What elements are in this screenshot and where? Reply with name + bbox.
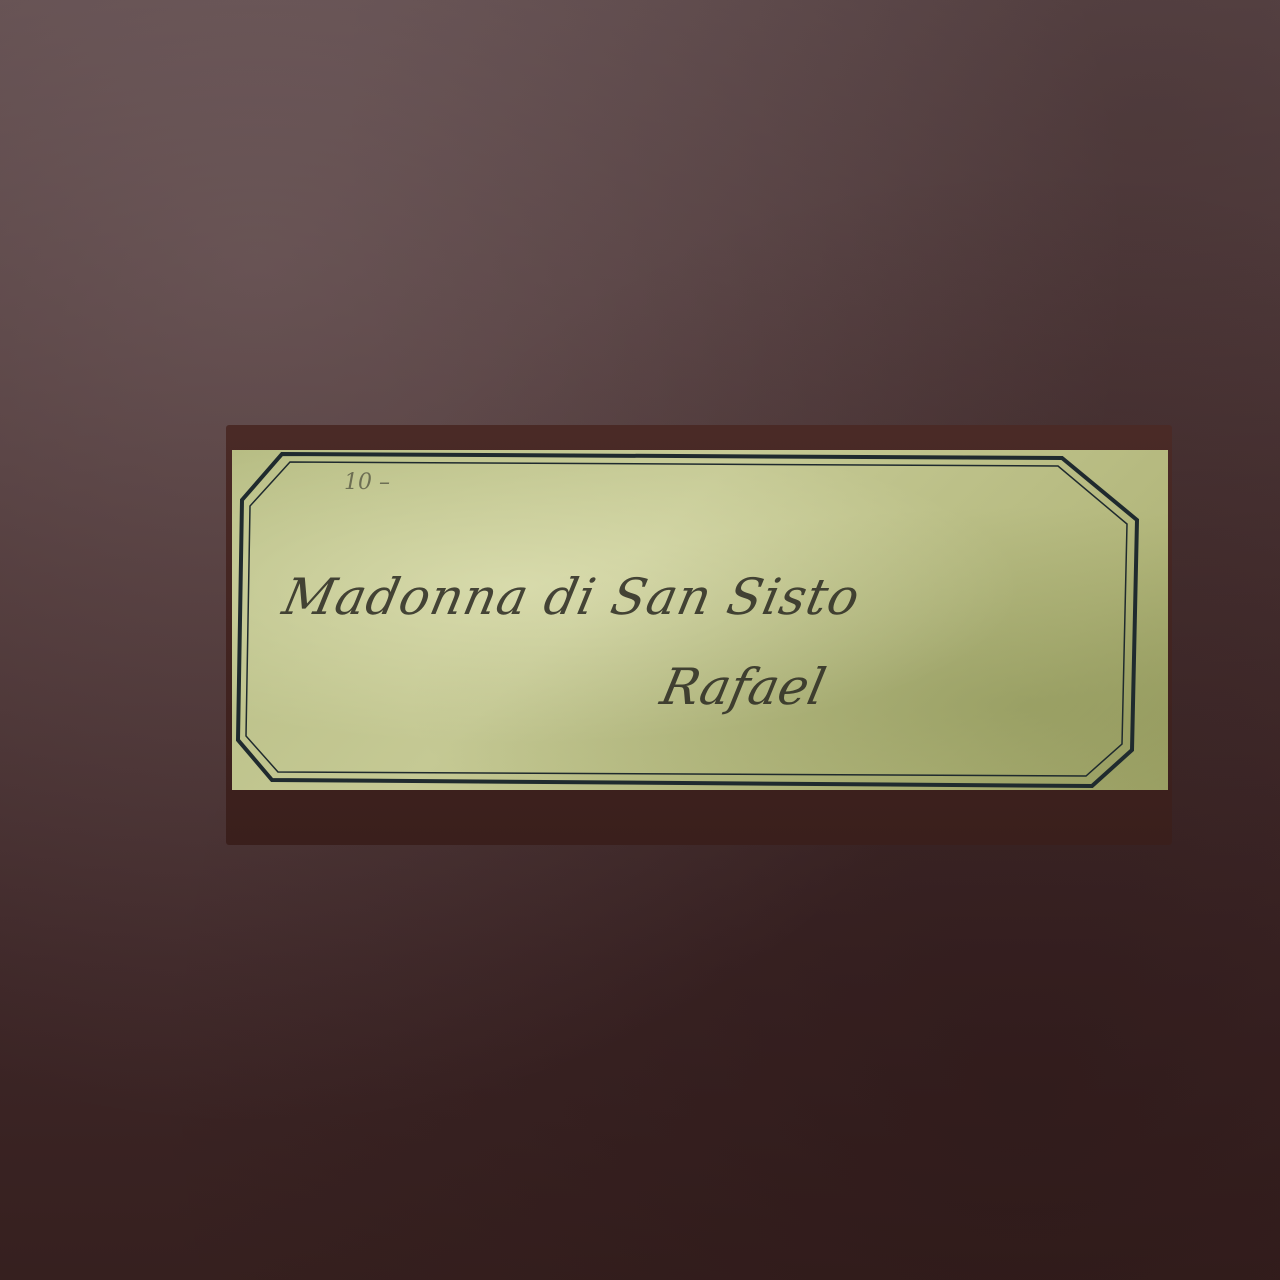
artist-name: Rafael	[656, 658, 831, 716]
inventory-number: 10 –	[344, 470, 390, 495]
paper-label: 10 – Madonna di San Sisto Rafael	[232, 450, 1168, 790]
artwork-title: Madonna di San Sisto	[278, 568, 866, 626]
